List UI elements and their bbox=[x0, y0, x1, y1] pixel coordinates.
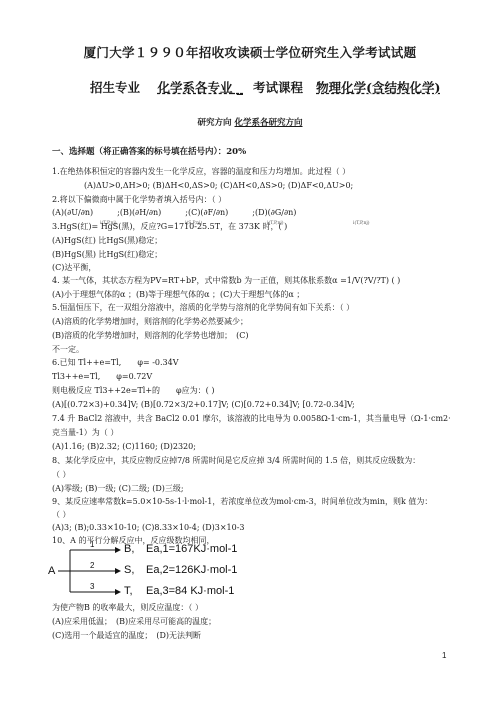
q6-line-3: 则电极反应 Tl3++2e=Tl+的 φ应为：( ) bbox=[52, 386, 214, 396]
q4-options: (A)小于理想气体的α ；(B)等于理想气体的α ；(C)大于理想气体的α ； bbox=[52, 290, 304, 300]
q7-stem: 7.4 升 BaCl2 溶液中，共含 BaCl2 0.01 摩尔，该溶液的比电导… bbox=[52, 414, 451, 424]
path-1-product: B, bbox=[124, 543, 134, 555]
q2-stem: 2.将以下偏微商中属于化学势者填入括号内：（ ） bbox=[52, 195, 226, 205]
path-2-product: S, bbox=[124, 564, 134, 576]
q7-stem-cont: 克当量-1）为（ ） bbox=[52, 428, 118, 438]
q8-blank: （ ） bbox=[52, 470, 71, 480]
major-value: 化学系各专业 bbox=[157, 80, 232, 95]
parallel-reaction-diagram: A 1 B, Ea,1=167KJ·mol-1 2 S, Ea,2=126KJ·… bbox=[48, 538, 268, 600]
q6-options: (A)[(0.72×3)+0.34]V; (B)[0.72×3/2+0.17]V… bbox=[52, 400, 355, 410]
q5-stem: 5.恒温恒压下，在一双组分溶液中，溶质的化学势与溶剂的化学势间有如下关系：（ ） bbox=[52, 303, 354, 313]
path-3-product: T, bbox=[124, 585, 133, 597]
q2-options: (A)(∂U/∂n) ;(B)(∂H/∂n) ;(C)(∂F/∂n) ;(D)(… bbox=[52, 208, 296, 218]
course-value: 物理化学(含结构化学) bbox=[316, 80, 440, 95]
major-label: 招生专业 bbox=[90, 80, 140, 95]
section-heading: 一、选择题（将正确答案的标号填在括号内）：20% bbox=[52, 145, 246, 157]
q5-option-b: (B)溶质的化学势增加时，则溶剂的化学势也增加； (C) bbox=[52, 331, 248, 341]
q8-stem: 8、某化学反应中，其反应物反应掉7/8 所需时间是它反应掉 3/4 所需时间的 … bbox=[52, 456, 420, 466]
course-field: 考试课程 物理化学(含结构化学) bbox=[253, 78, 440, 96]
path-1-activation-energy: Ea,1=167KJ·mol-1 bbox=[146, 543, 237, 555]
q5-option-a: (A)溶质的化学势增加时，则溶剂的化学势必然要减少； bbox=[52, 317, 248, 327]
q9-blank: （ ） bbox=[52, 510, 71, 520]
q3-option-a: (A)HgS(红) 比HgS(黑)稳定； bbox=[52, 236, 162, 246]
path-1-number: 1 bbox=[90, 540, 94, 549]
exam-title: 厦门大学１９９０年招收攻读硕士学位研究生入学考试试题 bbox=[0, 43, 500, 61]
q7-options: (A)1.16; (B)2.32; (C)1160; (D)2320; bbox=[52, 442, 196, 452]
q3-option-c: (C)达平衡， bbox=[52, 263, 96, 273]
q1-stem: 1.在绝热体积恒定的容器内发生一化学反应，容器的温度和压力均增加。此过程（ ） bbox=[52, 167, 350, 177]
q3-option-b: (B)HgS(黑) 比HgS(红)稳定； bbox=[52, 250, 162, 260]
path-2-number: 2 bbox=[90, 561, 94, 570]
q10-options-cd: (C)选用一个最适宜的温度； (D)无法判断 bbox=[52, 631, 201, 641]
q3-stem: 3.HgS(红)= HgS(黑)，反应?G=1710-25.5T，在 373K … bbox=[52, 222, 287, 232]
q4-stem: 4. 某一气体，其状态方程为PV=RT+bP，式中常数b 为一正值，则其体胀系数… bbox=[52, 276, 400, 286]
path-3-activation-energy: Ea,3=84 KJ·mol-1 bbox=[146, 585, 234, 597]
q9-stem: 9、某反应速率常数k=5.0×10-5s-1·l·mol-1，若浓度单位改为mo… bbox=[52, 497, 432, 507]
path-2-activation-energy: Ea,2=126KJ·mol-1 bbox=[146, 564, 237, 576]
page-number: 1 bbox=[442, 651, 446, 660]
q10-question: 为使产物B 的收率最大，则反应温度：（ ） bbox=[52, 603, 203, 613]
q2-subscript-d: i(T,P,nj) bbox=[353, 221, 370, 226]
q10-options-ab: (A)应采用低温； (B)应采用尽可能高的温度； bbox=[52, 617, 216, 627]
direction-value: 化学系各研究方向 bbox=[234, 118, 302, 128]
q8-options: (A)零级; (B)一级; (C)二级; (D)三级; bbox=[52, 484, 184, 494]
course-label: 考试课程 bbox=[253, 80, 303, 95]
direction-label: 研究方向 bbox=[198, 118, 232, 128]
q5-option-c: 不一定。 bbox=[52, 345, 84, 355]
path-3-number: 3 bbox=[90, 582, 94, 591]
q9-options: (A)3; (B);0.33×10-10; (C)8.33×10-4; (D)3… bbox=[52, 523, 245, 533]
reactant-a: A bbox=[48, 565, 55, 577]
q6-line-2: Tl3++e=Tl, φ=0.72V bbox=[52, 372, 152, 382]
major-field: 招生专业 化学系各专业 _ bbox=[90, 78, 243, 96]
research-direction: 研究方向 化学系各研究方向 bbox=[0, 116, 500, 128]
q6-line-1: 6.已知 Tl++e=Tl, φ= -0.34V bbox=[52, 358, 179, 368]
q1-options: (A)ΔU>0,ΔH>0; (B)ΔH<0,ΔS>0; (C)ΔH<0,ΔS>0… bbox=[84, 181, 353, 191]
